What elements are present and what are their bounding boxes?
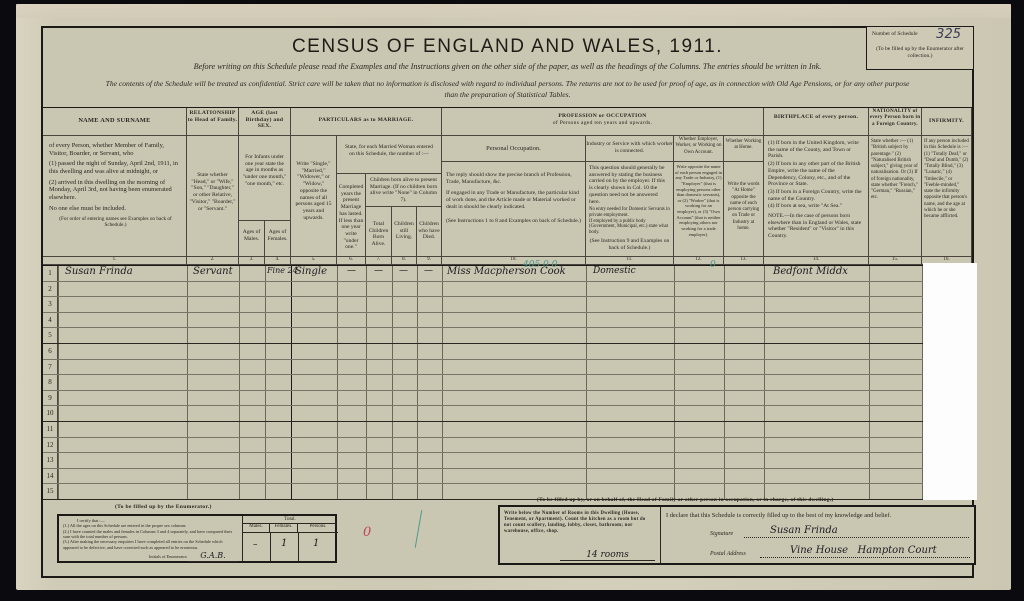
schedule-number-box: Number of Schedule 325 (To be filled up … [866, 26, 974, 70]
col-number-8: 8. [392, 257, 417, 265]
rooms-count: 14 rooms [560, 550, 655, 561]
header-marriage: PARTICULARS as to MARRIAGE. [291, 108, 442, 136]
males-label: Males. [243, 524, 270, 533]
occupation-subtitle: of Persons aged ten years and upwards. [442, 120, 763, 127]
persons-total: 1 [313, 538, 319, 549]
table-row: 12 [43, 438, 972, 454]
employer-worker-instructions: Write opposite the name of each person e… [674, 162, 724, 257]
signature-label: Signature [710, 531, 733, 537]
confidential-notice-cont: than the preparation of Statistical Tabl… [43, 90, 972, 99]
industry-instr-3: If employed by a public body (Government… [589, 219, 670, 236]
row-number: 7 [43, 360, 58, 375]
name-instr-4: (For order of entering names see Example… [49, 216, 182, 228]
working-at-home-instructions: Write the words "At Home" opposite the n… [724, 162, 764, 257]
green-pencil-mark: 0 [710, 260, 716, 270]
occ-instr-2: If engaged in any Trade or Manufacture, … [446, 190, 581, 210]
row-number: 14 [43, 469, 58, 484]
header-industry: Industry or Service with which worker is… [586, 136, 674, 162]
certify-3: (3.) After making the necessary enquirie… [63, 539, 238, 550]
entry-birthplace: Bedfont Middx [773, 266, 848, 277]
header-working-at-home: Whether Working at Home. [724, 136, 764, 162]
table-row: 14 [43, 469, 972, 485]
header-nationality: NATIONALITY of every Person born in a Fo… [869, 108, 922, 136]
children-born-header: Children born alive to present Marriage.… [366, 174, 442, 207]
header-ages-males: Ages of Males. [239, 221, 265, 257]
age-instructions: For Infants under one year state the age… [239, 136, 291, 221]
occ-instr-3: (See Instructions 1 to 8 and Examples on… [446, 218, 581, 225]
persons-label: Persons. [298, 524, 338, 533]
table-row: 4 [43, 313, 972, 329]
postal-address-label: Postal Address [710, 551, 746, 557]
married-woman-instructions: State, for each Married Woman entered on… [337, 136, 442, 174]
table-row: 11 [43, 422, 972, 438]
entry-age-female: Fine 24 [267, 266, 298, 275]
name-instructions: of every Person, whether Member of Famil… [43, 136, 187, 257]
totals-table: Total. Males. Females. Persons. – 1 1 [242, 516, 337, 561]
table-row: 9 [43, 391, 972, 407]
header-relationship: RELATIONSHIP to Head of Family. [187, 108, 239, 136]
children-died-header: Children who have Died. [417, 207, 442, 257]
birthplace-instr-4: (4) If born at sea, write "At Sea." [768, 203, 865, 210]
row-number: 2 [43, 282, 58, 297]
row-number: 11 [43, 422, 58, 437]
col-number-12: 12. [674, 257, 724, 265]
occ-instr-1: The reply should show the precise branch… [446, 172, 581, 185]
industry-instr-2: No entry needed for Domestic Servants in… [589, 207, 670, 219]
green-pencil-mark: 405 0 0 [523, 260, 557, 270]
industry-instr-1: This question should generally be answer… [589, 165, 670, 205]
col-number-13: 13. [724, 257, 764, 265]
children-living-header: Children still Living. [392, 207, 417, 257]
name-instr-intro: of every Person, whether Member of Famil… [49, 142, 182, 157]
col-number-10: 10. [442, 257, 586, 265]
entry-children-living: — [399, 266, 408, 276]
personal-occupation-instructions: The reply should show the precise branch… [442, 162, 586, 257]
col-number-11: 11. [586, 257, 674, 265]
birthplace-instr-3: (3) If born in a Foreign Country, write … [768, 189, 865, 202]
col-number-7: 7. [366, 257, 392, 265]
table-row: 2 [43, 282, 972, 298]
entry-relationship: Servant [193, 266, 233, 277]
redacted-infirmity-column [923, 263, 977, 500]
entry-name: Susan Frinda [65, 266, 133, 277]
header-occupation: PROFESSION or OCCUPATION of Persons aged… [442, 108, 764, 136]
name-instr-2: (2) arrived in this dwelling on the morn… [49, 179, 182, 202]
row-number: 13 [43, 453, 58, 468]
industry-instructions: This question should generally be answer… [586, 162, 674, 257]
marriage-years-header: Completed years the present Marriage has… [337, 174, 366, 257]
females-label: Females. [270, 524, 298, 533]
col-number-2: 2. [187, 257, 239, 265]
page-title: CENSUS OF ENGLAND AND WALES, 1911. [43, 36, 972, 58]
row-number: 12 [43, 438, 58, 453]
red-pencil-mark: 0 [363, 525, 371, 540]
table-row: 7 [43, 360, 972, 376]
males-total: – [253, 540, 258, 550]
table-row: 5 [43, 328, 972, 344]
row-number: 1 [43, 266, 58, 281]
relationship-instructions: State whether "Head," or "Wife," "Son," … [187, 136, 239, 257]
col-number-6: 6. [337, 257, 366, 265]
schedule-number-note: (To be filled up by the Enumerator after… [872, 46, 968, 60]
schedule-number-label: Number of Schedule [872, 31, 918, 37]
col-number-14: 14. [764, 257, 869, 265]
entry-children-died: — [424, 266, 433, 276]
enumerator-initials: G.A.B. [188, 551, 238, 562]
col-number-9: 9. [417, 257, 442, 265]
infirmity-instructions: If any person included in this Schedule … [922, 136, 972, 257]
column-header-grid: NAME AND SURNAME of every Person, whethe… [43, 107, 972, 108]
row-number: 4 [43, 313, 58, 328]
table-row: 3 [43, 297, 972, 313]
header-age: AGE (last Birthday) and SEX. [239, 108, 291, 136]
row-number: 15 [43, 484, 58, 499]
declaration-text: I declare that this Schedule is correctl… [666, 512, 891, 519]
entry-years-married: — [347, 266, 356, 276]
enumerator-heading: (To be filled up by the Enumerator.) [115, 504, 212, 511]
row-number: 8 [43, 375, 58, 390]
name-instr-3: No one else must be included. [49, 205, 182, 213]
entry-industry: Domestic [593, 266, 636, 276]
certify-text: I certify that :— (1.) All the ages on t… [63, 518, 238, 562]
col-number-5: 5. [291, 257, 337, 265]
row-number: 5 [43, 328, 58, 343]
confidential-notice: The contents of the Schedule will be tre… [43, 79, 972, 88]
birthplace-instr-1: (1) If born in the United Kingdom, write… [768, 140, 865, 160]
census-form: CENSUS OF ENGLAND AND WALES, 1911. Befor… [41, 26, 974, 578]
row-number: 10 [43, 406, 58, 421]
row-number: 6 [43, 344, 58, 359]
header-employer-worker: Whether Employer, Worker, or Working on … [674, 136, 724, 162]
entry-marital-status: Single [295, 266, 327, 277]
table-row: 8 [43, 375, 972, 391]
entries-table: 1 2 3 4 5 6 7 8 9 10 11 12 13 14 15 Susa… [43, 265, 972, 499]
industry-instr-4: (See Instruction 9 and Examples on back … [589, 238, 670, 251]
header-name: NAME AND SURNAME [43, 108, 187, 136]
header-ages-females: Ages of Females. [265, 221, 291, 257]
birthplace-instr-2: (2) If born in any other part of the Bri… [768, 161, 865, 188]
signature-value: Susan Frinda [770, 525, 838, 536]
table-row: 6 [43, 344, 972, 360]
col-number-3: 3. [239, 257, 265, 265]
row-number: 9 [43, 391, 58, 406]
occupation-title: PROFESSION or OCCUPATION [442, 113, 763, 120]
header-personal-occupation: Personal Occupation. [442, 136, 586, 162]
name-instr-1: (1) passed the night of Sunday, April 2n… [49, 160, 182, 175]
birthplace-note: NOTE.—In the case of persons born elsewh… [768, 213, 865, 240]
occupier-declaration-box: Write below the Number of Rooms in this … [498, 505, 976, 565]
entry-children-total: — [374, 266, 383, 276]
col-number-1: 1. [43, 257, 187, 265]
instruction-line: Before writing on this Schedule please r… [43, 62, 972, 71]
header-birthplace: BIRTHPLACE of every person. [764, 108, 869, 136]
nationality-instructions: State whether :— (1) "British subject by… [869, 136, 922, 257]
birthplace-instructions: (1) If born in the United Kingdom, write… [764, 136, 869, 257]
marriage-single-instructions: Write "Single," "Married," "Widower," or… [291, 136, 337, 257]
occupier-heading: (To be filled up by, or on behalf of, th… [537, 497, 833, 504]
row-number: 3 [43, 297, 58, 312]
total-label: Total. [243, 516, 337, 524]
green-pencil-stroke [415, 510, 423, 548]
females-total: 1 [281, 538, 287, 549]
certify-2: (2.) I have counted the males and female… [63, 529, 238, 540]
col-number-15: 15. [869, 257, 922, 265]
rooms-instructions: Write below the Number of Rooms in this … [504, 511, 654, 535]
table-row: 10 [43, 406, 972, 422]
postal-address-value: Vine House Hampton Court [790, 545, 937, 556]
header-infirmity: INFIRMITY. [922, 108, 972, 136]
schedule-number-value: 325 [936, 27, 961, 43]
table-row: 13 [43, 453, 972, 469]
enumerator-certificate-box: I certify that :— (1.) All the ages on t… [57, 514, 337, 563]
total-children-header: Total Children Born Alive. [366, 207, 392, 257]
col-number-4: 4. [265, 257, 291, 265]
initials-label: Initials of Enumerator [149, 554, 187, 559]
